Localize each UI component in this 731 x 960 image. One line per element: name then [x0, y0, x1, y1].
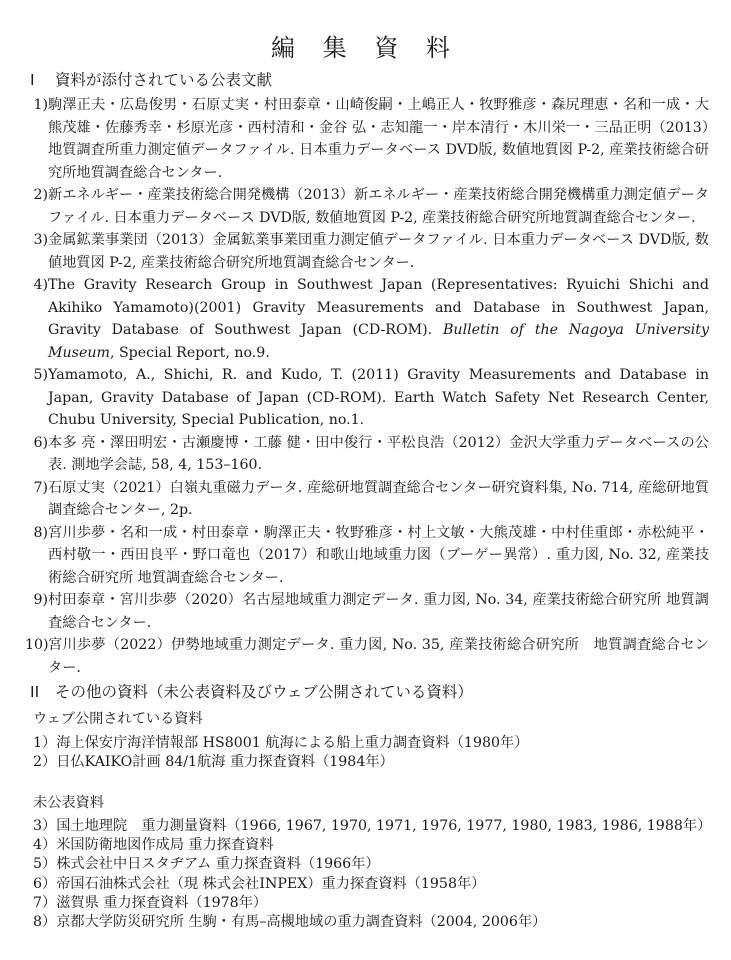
reference-text: 新エネルギー・産業技術総合開発機構（2013）新エネルギー・産業技術総合開発機構…: [48, 184, 709, 229]
list-item: 2）日仏KAIKO計画 84/1航海 重力探査資料（1984年）: [33, 753, 528, 772]
reference-text: 金属鉱業事業団（2013）金属鉱業事業団重力測定値データファイル. 日本重力デー…: [48, 229, 709, 274]
page-title: 編 集 資 料: [0, 28, 731, 63]
reference-text: The Gravity Research Group in Southwest …: [48, 274, 709, 364]
reference-text-post: , Special Report, no.9.: [110, 345, 270, 361]
list-item: 4）米国防衛地図作成局 重力探査資料: [33, 836, 711, 855]
reference-number: 9): [33, 589, 48, 634]
reference-item: 8) 宮川歩夢・名和一成・村田泰章・駒澤正夫・牧野雅彦・村上文敏・大熊茂雄・中村…: [33, 522, 709, 590]
reference-item: 3) 金属鉱業事業団（2013）金属鉱業事業団重力測定値データファイル. 日本重…: [33, 229, 709, 274]
unpublished-materials-list: 3）国土地理院 重力測量資料（1966, 1967, 1970, 1971, 1…: [33, 817, 711, 932]
list-item: 8）京都大学防災研究所 生駒・有馬–高槻地域の重力調査資料（2004, 2006…: [33, 913, 711, 932]
reference-number: 4): [33, 274, 48, 364]
list-item: 5）株式会社中日スタヂアム 重力探査資料（1966年）: [33, 855, 711, 874]
list-item: 7）滋賀県 重力探査資料（1978年）: [33, 894, 711, 913]
reference-number: 1): [33, 94, 48, 184]
reference-number: 10): [25, 634, 48, 679]
section-1-number: I: [30, 71, 55, 89]
list-item: 6）帝国石油株式会社（現 株式会社INPEX）重力探査資料（1958年）: [33, 875, 711, 894]
reference-number: 8): [33, 522, 48, 590]
reference-number: 2): [33, 184, 48, 229]
reference-text: 宮川歩夢（2022）伊勢地域重力測定データ. 重力図, No. 35, 産業技術…: [48, 634, 709, 679]
reference-number: 3): [33, 229, 48, 274]
reference-number: 5): [33, 364, 48, 432]
reference-text: 村田泰章・宮川歩夢（2020）名古屋地域重力測定データ. 重力図, No. 34…: [48, 589, 709, 634]
reference-item: 1) 駒澤正夫・広島俊男・石原丈実・村田泰章・山崎俊嗣・上嶋正人・牧野雅彦・森尻…: [33, 94, 709, 184]
reference-item: 6) 本多 亮・澤田明宏・古瀬慶博・工藤 健・田中俊行・平松良浩（2012）金沢…: [33, 432, 709, 477]
reference-text: 宮川歩夢・名和一成・村田泰章・駒澤正夫・牧野雅彦・村上文敏・大熊茂雄・中村佳重郎…: [48, 522, 709, 590]
section-2-heading: IIその他の資料（未公表資料及びウェブ公開されている資料）: [30, 680, 473, 702]
reference-item: 5) Yamamoto, A., Shichi, R. and Kudo, T.…: [33, 364, 709, 432]
section-2-number: II: [30, 683, 55, 701]
reference-text: 石原丈実（2021）白嶺丸重磁力データ. 産総研地質調査総合センター研究資料集,…: [48, 477, 709, 522]
reference-number: 6): [33, 432, 48, 477]
section-2-title: その他の資料（未公表資料及びウェブ公開されている資料）: [55, 683, 473, 701]
reference-item: 10) 宮川歩夢（2022）伊勢地域重力測定データ. 重力図, No. 35, …: [33, 634, 709, 679]
reference-list: 1) 駒澤正夫・広島俊男・石原丈実・村田泰章・山崎俊嗣・上嶋正人・牧野雅彦・森尻…: [33, 94, 709, 679]
reference-item: 7) 石原丈実（2021）白嶺丸重磁力データ. 産総研地質調査総合センター研究資…: [33, 477, 709, 522]
unpublished-materials-label: 未公表資料: [33, 792, 104, 812]
web-materials-list: 1）海上保安庁海洋情報部 HS8001 航海による船上重力調査資料（1980年）…: [33, 734, 528, 772]
section-1-title: 資料が添付されている公表文献: [55, 71, 272, 89]
reference-item: 9) 村田泰章・宮川歩夢（2020）名古屋地域重力測定データ. 重力図, No.…: [33, 589, 709, 634]
reference-text: 駒澤正夫・広島俊男・石原丈実・村田泰章・山崎俊嗣・上嶋正人・牧野雅彦・森尻理恵・…: [48, 94, 709, 184]
reference-number: 7): [33, 477, 48, 522]
web-materials-label: ウェブ公開されている資料: [33, 708, 203, 728]
list-item: 3）国土地理院 重力測量資料（1966, 1967, 1970, 1971, 1…: [33, 817, 711, 836]
reference-item: 2) 新エネルギー・産業技術総合開発機構（2013）新エネルギー・産業技術総合開…: [33, 184, 709, 229]
reference-text: Yamamoto, A., Shichi, R. and Kudo, T. (2…: [48, 364, 709, 432]
document-page: 編 集 資 料 I資料が添付されている公表文献 1) 駒澤正夫・広島俊男・石原丈…: [0, 0, 731, 960]
reference-text: 本多 亮・澤田明宏・古瀬慶博・工藤 健・田中俊行・平松良浩（2012）金沢大学重…: [48, 432, 709, 477]
reference-item: 4) The Gravity Research Group in Southwe…: [33, 274, 709, 364]
section-1-heading: I資料が添付されている公表文献: [30, 68, 272, 90]
list-item: 1）海上保安庁海洋情報部 HS8001 航海による船上重力調査資料（1980年）: [33, 734, 528, 753]
